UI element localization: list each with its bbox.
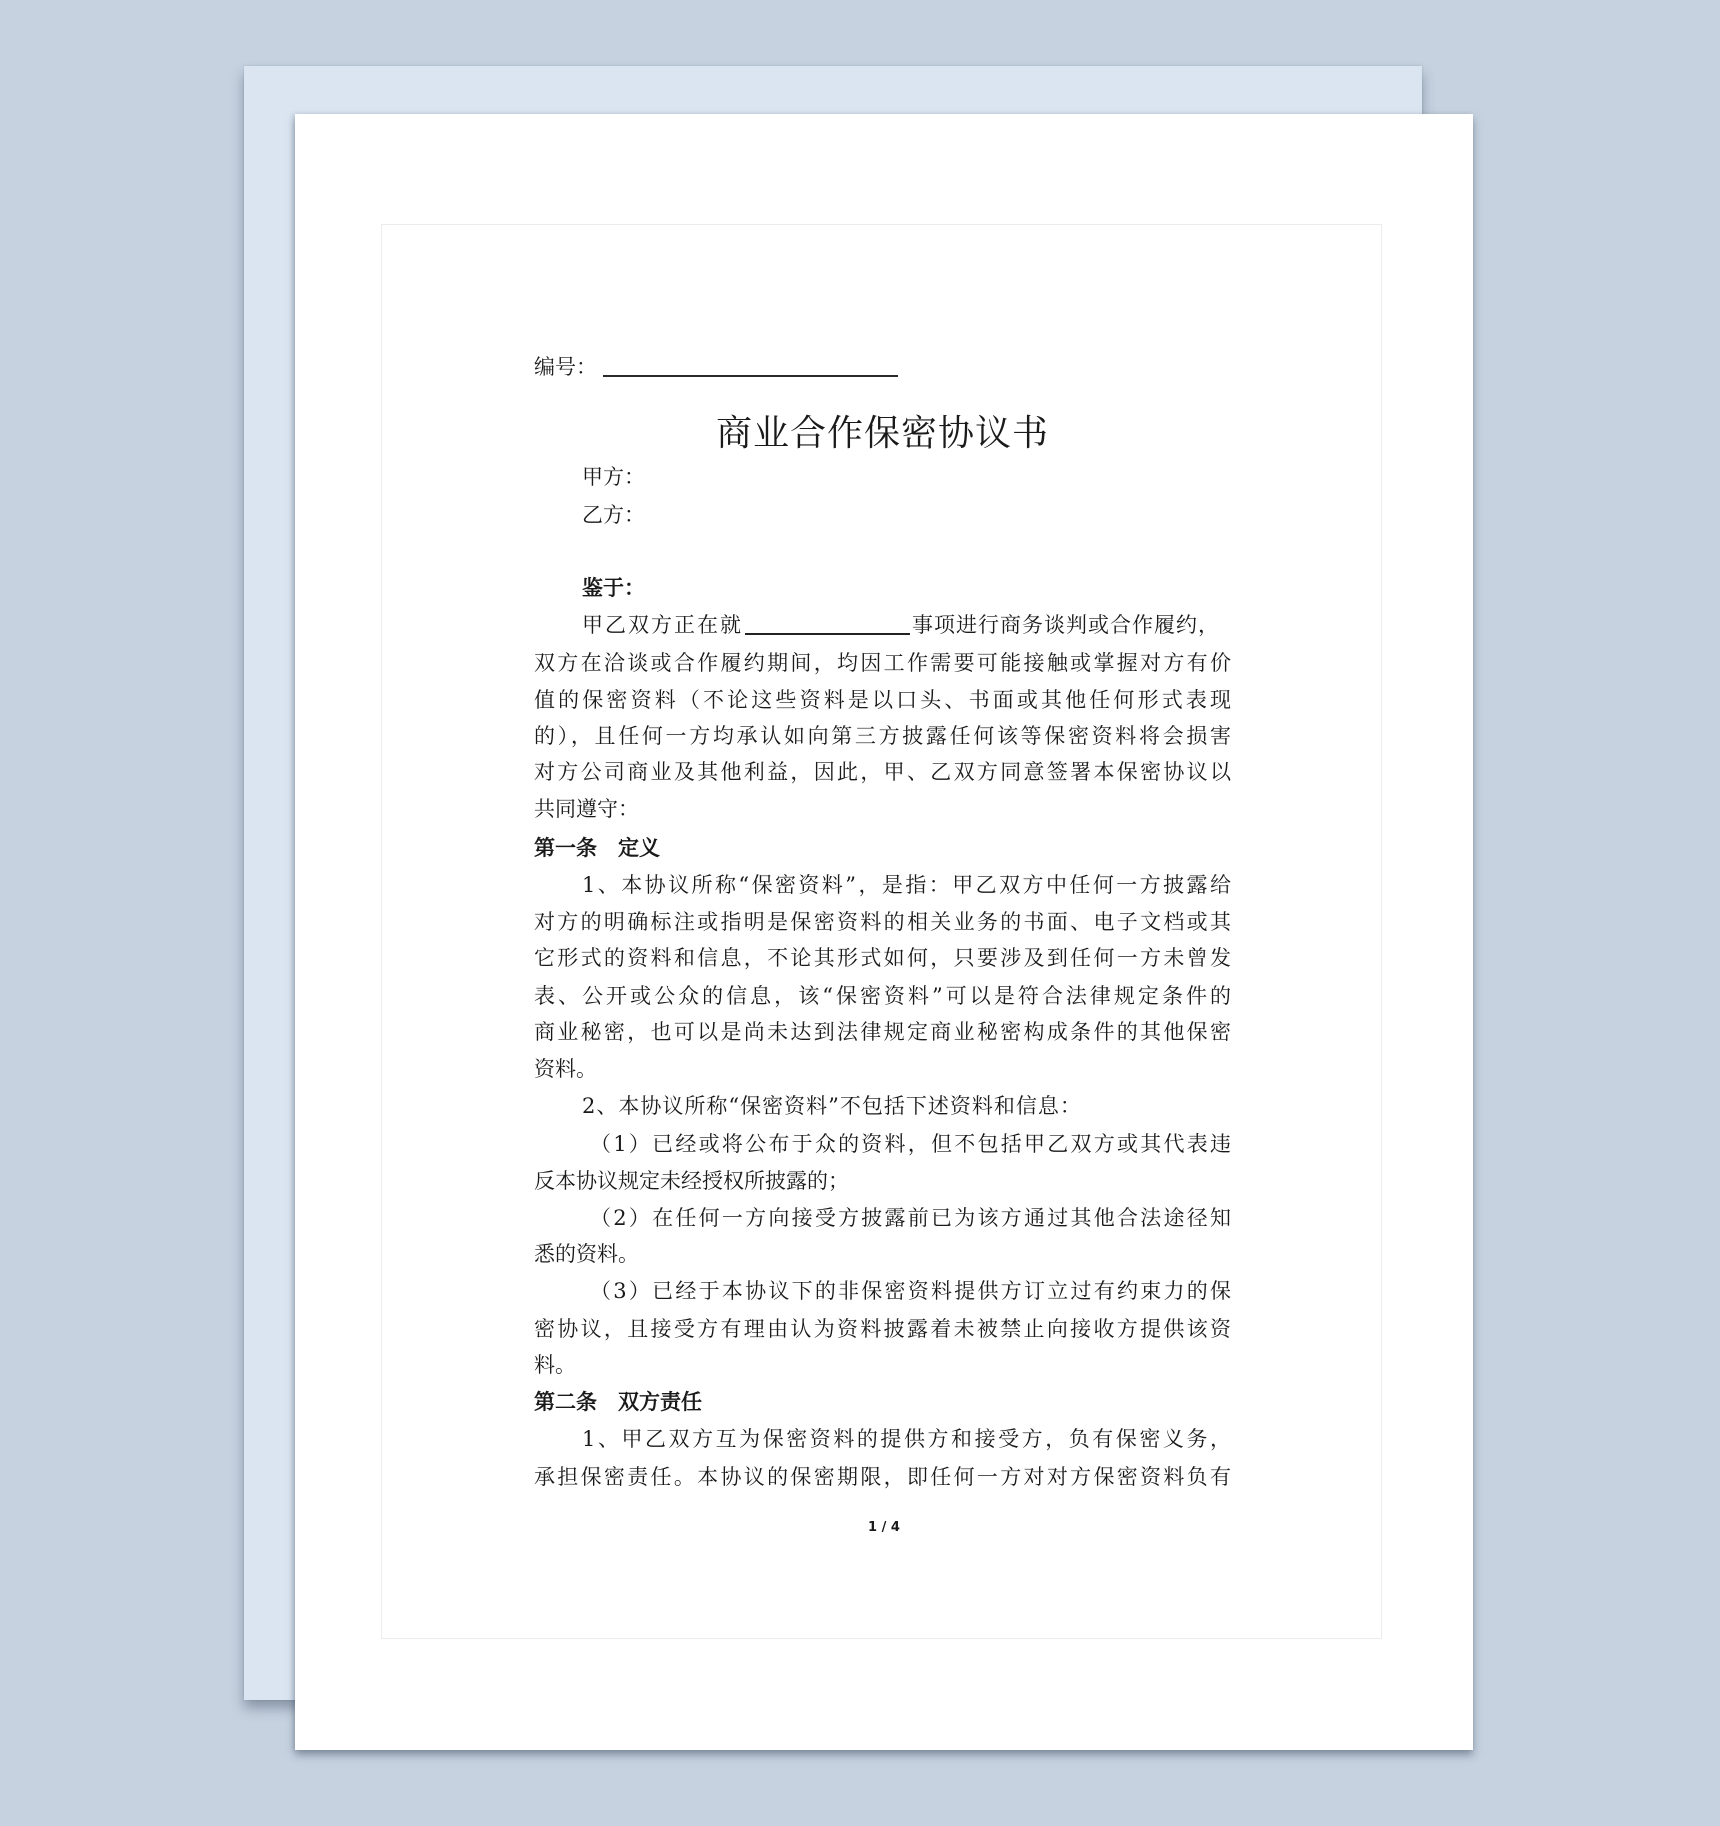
article-1-clause-1-line: 表、公开或公众的信息，该“保密资料”可以是符合法律规定条件的 — [534, 983, 1231, 1009]
page-number: 1 / 4 — [834, 1520, 934, 1536]
article-1-clause-1-line: 1、本协议所称“保密资料”，是指：甲乙双方中任何一方披露给 — [582, 872, 1231, 898]
preamble-line: 双方在洽谈或合作履约期间，均因工作需要可能接触或掌握对方有价 — [534, 650, 1231, 676]
exclusion-item-3-line: （3）已经于本协议下的非保密资料提供方订立过有约束力的保 — [590, 1278, 1231, 1304]
article-1-clause-2: 2、本协议所称“保密资料”不包括下述资料和信息： — [582, 1093, 1231, 1119]
matter-blank — [745, 615, 910, 635]
party-b-label: 乙方： — [582, 502, 1231, 528]
party-a-label: 甲方： — [582, 464, 1231, 490]
preamble-text-after-blank: 事项进行商务谈判或合作履约， — [912, 612, 1220, 638]
preamble-text-before-blank: 甲乙双方正在就 — [582, 612, 743, 638]
serial-number-blank — [603, 375, 898, 377]
preamble-line: 共同遵守： — [534, 796, 1231, 822]
exclusion-item-1-line: （1）已经或将公布于众的资料，但不包括甲乙双方或其代表违 — [590, 1131, 1231, 1157]
whereas-label: 鉴于： — [582, 575, 1231, 601]
article-1-clause-1-line: 商业秘密，也可以是尚未达到法律规定商业秘密构成条件的其他保密 — [534, 1019, 1231, 1045]
article-1-clause-1-line: 对方的明确标注或指明是保密资料的相关业务的书面、电子文档或其 — [534, 909, 1231, 935]
preamble-line: 对方公司商业及其他利益，因此，甲、乙双方同意签署本保密协议以 — [534, 759, 1231, 785]
exclusion-item-3-line: 密协议，且接受方有理由认为资料披露着未被禁止向接收方提供该资 — [534, 1316, 1231, 1342]
preamble-line: 的），且任何一方均承认如向第三方披露任何该等保密资料将会损害 — [534, 723, 1231, 749]
article-1-heading: 第一条 定义 — [534, 835, 1231, 861]
document-title: 商业合作保密协议书 — [534, 412, 1231, 456]
exclusion-item-2-line: 悉的资料。 — [534, 1241, 1231, 1267]
exclusion-item-1-line: 反本协议规定未经授权所披露的； — [534, 1168, 1231, 1194]
article-1-clause-1-line: 资料。 — [534, 1056, 1231, 1082]
article-2-clause-1-line: 承担保密责任。本协议的保密期限，即任何一方对对方保密资料负有 — [534, 1464, 1231, 1490]
article-2-clause-1-line: 1、甲乙双方互为保密资料的提供方和接受方，负有保密义务， — [582, 1426, 1231, 1452]
preamble-line-1: 甲乙双方正在就 事项进行商务谈判或合作履约， — [582, 612, 1231, 638]
exclusion-item-3-line: 料。 — [534, 1352, 1231, 1378]
exclusion-item-2-line: （2）在任何一方向接受方披露前已为该方通过其他合法途径知 — [590, 1205, 1231, 1231]
serial-number-label: 编号： — [534, 354, 597, 380]
preamble-line: 值的保密资料（不论这些资料是以口头、书面或其他任何形式表现 — [534, 687, 1231, 713]
article-1-clause-1-line: 它形式的资料和信息，不论其形式如何，只要涉及到任何一方未曾发 — [534, 945, 1231, 971]
article-2-heading: 第二条 双方责任 — [534, 1389, 1231, 1415]
